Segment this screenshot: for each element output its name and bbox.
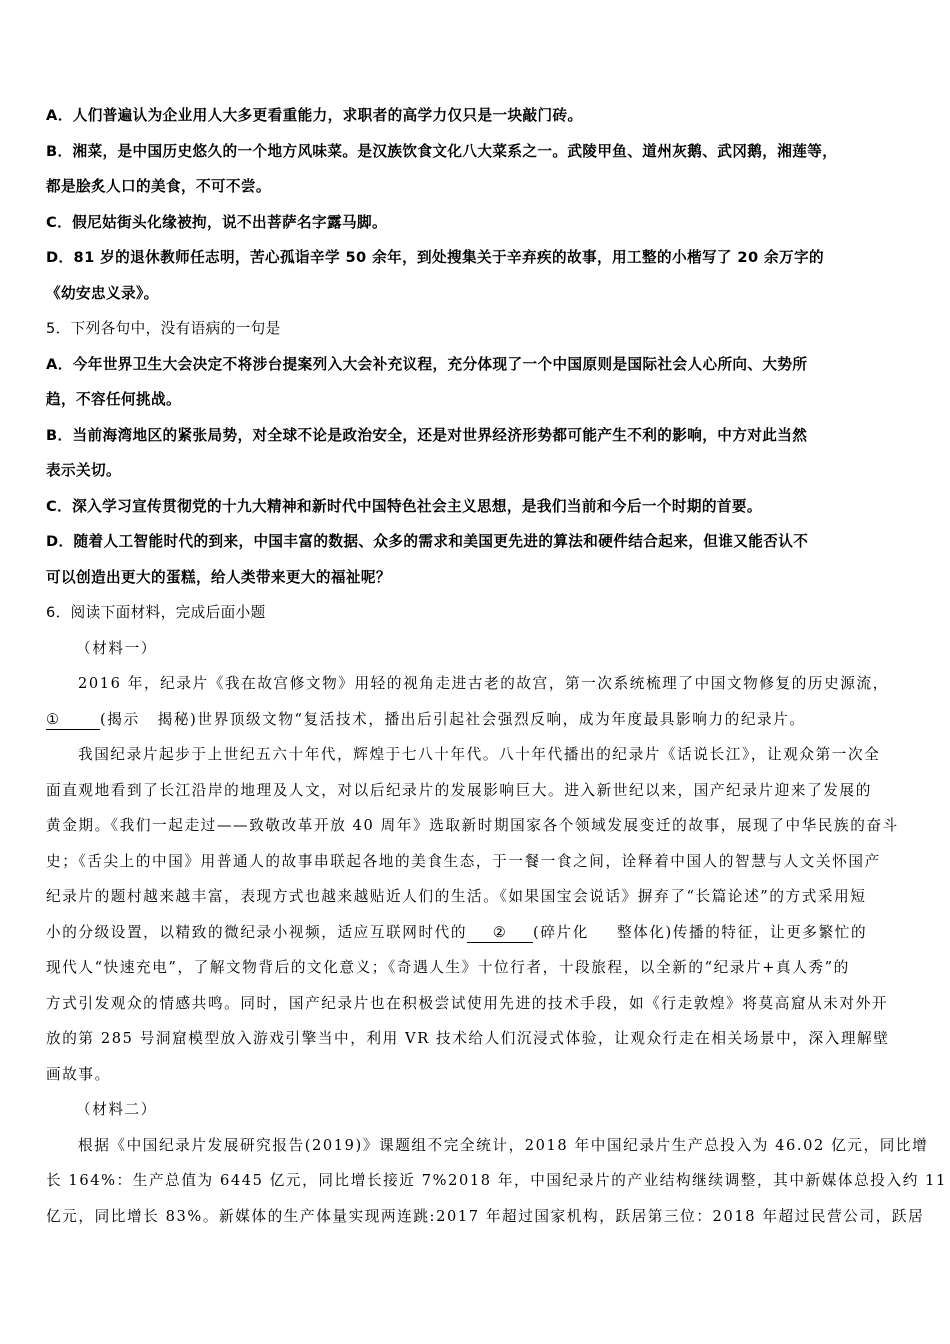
q4-option-b: B．湘菜，是中国历史悠久的一个地方风味菜。是汉族饮食文化八大菜系之一。武陵甲鱼、…: [46, 134, 908, 170]
option-text: 深入学习宣传贯彻党的十九大精神和新时代中国特色社会主义思想，是我们当前和今后一个…: [72, 498, 762, 515]
option-text: 假尼姑街头化缘被拘，说不出菩萨名字露马脚。: [72, 214, 387, 231]
material1-p2-line3: 黄金期。《我们一起走过——致敬改革开放 40 周年》选取新时期国家各个领域发展变…: [46, 808, 908, 844]
q4-option-b-cont: 都是脍炙人口的美食，不可不尝。: [46, 169, 908, 205]
material1-p2-line7: 现代人“快速充电”，了解文物背后的文化意义；《奇遇人生》十位行者，十段旅程，以全…: [46, 950, 908, 986]
material1-p1-line2: ①(揭示揭秘)世界顶级文物“复活技术，播出后引起社会强烈反响，成为年度最具影响力…: [46, 702, 908, 738]
material1-p2-line5: 纪录片的题村越来越丰富，表现方式也越来越贴近人们的生活。《如果国宝会说话》摒弃了…: [46, 879, 908, 915]
option-text: 当前海湾地区的紧张局势，对全球不论是政治安全，还是对世界经济形势都可能产生不利的…: [73, 427, 808, 444]
option-text: 湘菜，是中国历史悠久的一个地方风味菜。是汉族饮食文化八大菜系之一。武陵甲鱼、道州…: [73, 143, 838, 160]
blank2-option-a: (碎片化: [533, 924, 589, 941]
q6-stem: 6．阅读下面材料，完成后面小题: [46, 595, 908, 631]
blank2-option-b: 整体化): [617, 924, 673, 941]
q5-option-a: A．今年世界卫生大会决定不将涉台提案列入大会补充议程，充分体现了一个中国原则是国…: [46, 347, 908, 383]
exam-page: A．人们普遍认为企业用人大多更看重能力，求职者的高学力仅只是一块敲门砖。 B．湘…: [46, 98, 908, 1234]
q4-option-d: D．81 岁的退休教师任志明，苦心孤诣辛学 50 余年，到处搜集关于辛弃疾的故事…: [46, 240, 908, 276]
fill-blank-1[interactable]: ①: [46, 711, 100, 730]
option-label: B．: [46, 143, 73, 160]
option-label: C．: [46, 214, 72, 231]
q4-option-c: C．假尼姑街头化缘被拘，说不出菩萨名字露马脚。: [46, 205, 908, 241]
material1-p1-line1: 2016 年，纪录片《我在故宫修文物》用轻的视角走进古老的故宫，第一次系统梳理了…: [46, 666, 908, 702]
option-label: C．: [46, 498, 72, 515]
q5-option-a-cont: 趋，不容任何挑战。: [46, 382, 908, 418]
option-label: D．: [46, 249, 74, 266]
option-label: A．: [46, 356, 73, 373]
option-text: 趋，不容任何挑战。: [46, 391, 181, 408]
q5-stem: 5．下列各句中，没有语病的一句是: [46, 311, 908, 347]
line-text: 小的分级设置，以精致的微纪录小视频，适应互联网时代的: [46, 924, 467, 941]
material1-p2-line8: 方式引发观众的情感共鸣。同时，国产纪录片也在积极尝试使用先进的技术手段，如《行走…: [46, 986, 908, 1022]
option-text: 表示关切。: [46, 462, 121, 479]
material1-p2-line4: 史；《舌尖上的中国》用普通人的故事串联起各地的美食生态，于一餐一食之间，诠释着中…: [46, 844, 908, 880]
blank1-option-a: (揭示: [100, 711, 140, 728]
line-text: 世界顶级文物“复活技术，播出后引起社会强烈反响，成为年度最具影响力的纪录片。: [197, 711, 805, 728]
material1-p2-line6: 小的分级设置，以精致的微纪录小视频，适应互联网时代的②(碎片化整体化)传播的特征…: [46, 915, 908, 951]
material2-p1-line3: 亿元，同比增长 83%。新媒体的生产体量实现两连跳:2017 年超过国家机构，跃…: [46, 1199, 908, 1235]
material2-heading: （材料二）: [46, 1092, 908, 1128]
q4-option-a: A．人们普遍认为企业用人大多更看重能力，求职者的高学力仅只是一块敲门砖。: [46, 98, 908, 134]
q5-option-b: B．当前海湾地区的紧张局势，对全球不论是政治安全，还是对世界经济形势都可能产生不…: [46, 418, 908, 454]
fill-blank-2[interactable]: ②: [467, 924, 533, 943]
q5-option-d: D．随着人工智能时代的到来，中国丰富的数据、众多的需求和美国更先进的算法和硬件结…: [46, 524, 908, 560]
option-text: 《幼安忠义录》。: [46, 285, 159, 302]
material1-p2-line2: 面直观地看到了长江沿岸的地理及人文，对以后纪录片的发展影响巨大。进入新世纪以来，…: [46, 773, 908, 809]
material1-heading: （材料一）: [46, 631, 908, 667]
blank1-option-b: 揭秘): [158, 711, 198, 728]
q5-option-c: C．深入学习宣传贯彻党的十九大精神和新时代中国特色社会主义思想，是我们当前和今后…: [46, 489, 908, 525]
material1-p2-line1: 我国纪录片起步于上世纪五六十年代，辉煌于七八十年代。八十年代播出的纪录片《话说长…: [46, 737, 908, 773]
material1-p2-line10: 画故事。: [46, 1057, 908, 1093]
option-text: 都是脍炙人口的美食，不可不尝。: [46, 178, 271, 195]
material2-p1-line1: 根据《中国纪录片发展研究报告(2019)》课题组不完全统计，2018 年中国纪录…: [46, 1128, 908, 1164]
q4-option-d-cont: 《幼安忠义录》。: [46, 276, 908, 312]
option-text: 可以创造出更大的蛋糕，给人类带来更大的福祉呢？: [46, 569, 391, 586]
option-text: 81 岁的退休教师任志明，苦心孤诣辛学 50 余年，到处搜集关于辛弃疾的故事，用…: [74, 249, 824, 266]
blank-number: ①: [46, 711, 61, 728]
blank-number: ②: [493, 924, 508, 941]
option-text: 人们普遍认为企业用人大多更看重能力，求职者的高学力仅只是一块敲门砖。: [73, 107, 583, 124]
material1-p2-line9: 放的第 285 号洞窟模型放入游戏引擎当中，利用 VR 技术给人们沉浸式体验，让…: [46, 1021, 908, 1057]
option-text: 随着人工智能时代的到来，中国丰富的数据、众多的需求和美国更先进的算法和硬件结合起…: [74, 533, 809, 550]
option-label: B．: [46, 427, 73, 444]
material2-p1-line2: 长 164%：生产总值为 6445 亿元，同比增长接近 7%2018 年，中国纪…: [46, 1163, 908, 1199]
option-label: D．: [46, 533, 74, 550]
line-text: 传播的特征，让更多繁忙的: [673, 924, 867, 941]
q5-option-b-cont: 表示关切。: [46, 453, 908, 489]
option-label: A．: [46, 107, 73, 124]
q5-option-d-cont: 可以创造出更大的蛋糕，给人类带来更大的福祉呢？: [46, 560, 908, 596]
option-text: 今年世界卫生大会决定不将涉台提案列入大会补充议程，充分体现了一个中国原则是国际社…: [73, 356, 808, 373]
